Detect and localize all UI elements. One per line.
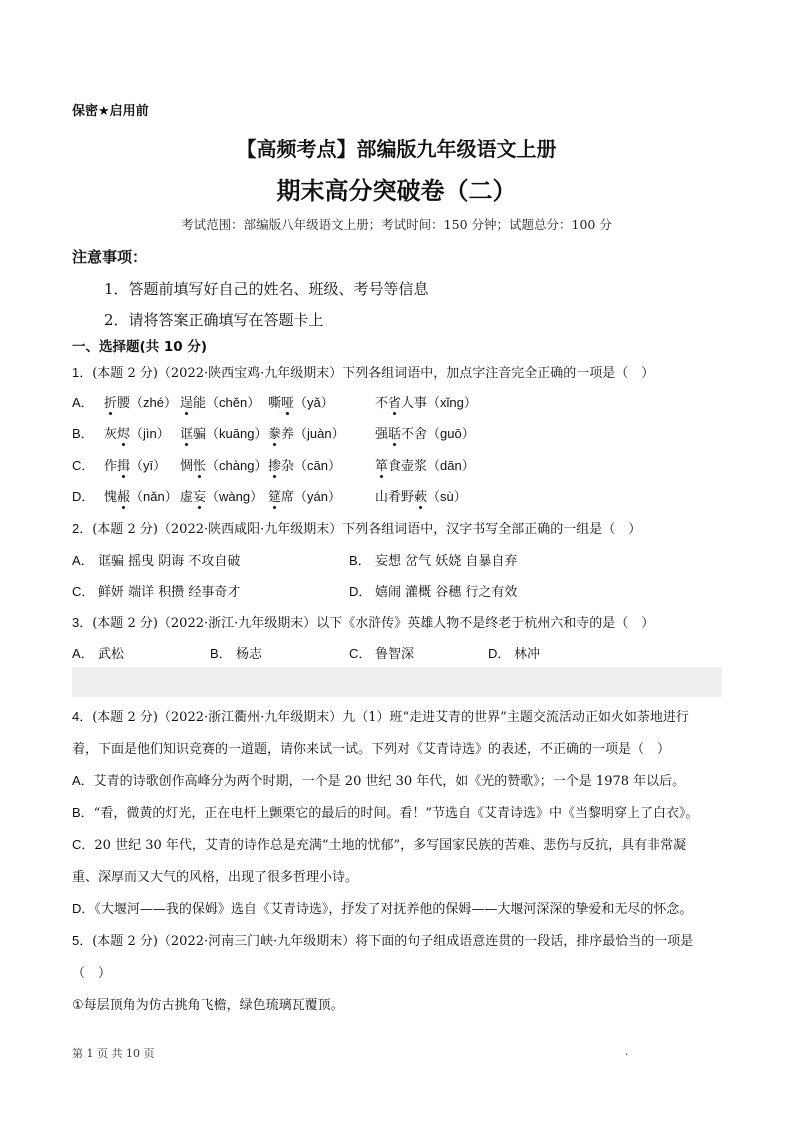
emphasized-char: 筵	[268, 490, 281, 505]
option-text: 鲜妍 端详 积攒 经事奇才	[98, 585, 240, 600]
pinyin: （wàng）	[206, 489, 263, 504]
emphasized-char: 掺	[268, 459, 281, 474]
confidential-label: 保密★启用前	[72, 100, 149, 119]
pinyin: （juàn）	[294, 426, 345, 441]
emphasized-char: 妄	[193, 490, 206, 505]
emphasized-char: 省	[388, 396, 401, 411]
sentence-1: ①每层顶角为仿古挑角飞檐，绿色琉璃瓦覆顶。	[72, 994, 344, 1013]
pinyin: （yán）	[294, 489, 341, 504]
option-text: 《大堰河——我的保姆》选自《艾青诗选》，抒发了对抚养他的保姆——大堰河深深的挚爱…	[94, 902, 692, 917]
option-c-word: 箪食壶浆（dān）	[375, 455, 475, 474]
option-label: A．	[72, 643, 98, 662]
question-number: 2．	[72, 521, 92, 536]
question-4-cont: 着，下面是他们知识竞赛的一道题，请你来试一试。下列对《艾青诗选》的表述，不正确的…	[72, 738, 670, 757]
pinyin: （guō）	[427, 426, 475, 441]
option-a-label: A．	[72, 392, 94, 411]
section-heading: 一、选择题(共 10 分)	[72, 335, 207, 355]
option-b-label: B．	[72, 423, 94, 442]
option-c-word: 掺杂（cān）	[268, 455, 341, 474]
emphasized-char: 聒	[388, 427, 401, 442]
option-b: B．杨志	[210, 643, 262, 662]
option-c: C．20 世纪 30 年代，艾青的诗作总是充满“土地的忧郁”，多写国家民族的苦难…	[72, 834, 686, 853]
question-1: 1．(本题 2 分)（2022·陕西宝鸡·九年级期末）下列各组词语中，加点字注音…	[72, 362, 654, 381]
option-a: A．诓骗 摇曳 阴诲 不攻自破	[72, 550, 240, 569]
option-d-word: 虚妄（wàng）	[180, 486, 263, 505]
emphasized-char: 诓	[180, 427, 193, 442]
word-suffix: 养	[281, 427, 294, 442]
word-suffix: 腰	[117, 396, 130, 411]
option-text: “看，微黄的灯光，正在电杆上颤栗它的最后的时间。看！”节选自《艾青诗选》中《当黎…	[94, 806, 699, 821]
question-stem: (本题 2 分)（2022·陕西咸阳·九年级期末）下列各组词语中，汉字书写全部正…	[92, 522, 641, 537]
question-number: 4．	[72, 709, 92, 724]
option-label: A．	[72, 773, 94, 788]
word-suffix: 杂	[281, 459, 294, 474]
option-label: B．	[349, 550, 375, 569]
document-title: 【高频考点】部编版九年级语文上册	[0, 133, 793, 162]
exam-meta: 考试范围：部编版八年级语文上册；考试时间：150 分钟；试题总分：100 分	[0, 215, 793, 233]
question-2: 2．(本题 2 分)（2022·陕西咸阳·九年级期末）下列各组词语中，汉字书写全…	[72, 518, 641, 537]
option-d-word: 山肴野蔌（sù）	[375, 486, 467, 505]
option-a-word: 嘶哑（yǎ）	[268, 392, 334, 411]
word-suffix: 不舍	[401, 427, 427, 442]
option-c-word: 惆怅（chàng）	[180, 455, 267, 474]
emphasized-char: 烬	[117, 427, 130, 442]
pinyin: （cān）	[294, 458, 341, 473]
option-d-word: 筵席（yán）	[268, 486, 341, 505]
option-text: 杨志	[236, 647, 262, 662]
question-4: 4．(本题 2 分)（2022·浙江衢州·九年级期末）九（1）班“走进艾青的世界…	[72, 706, 689, 725]
word-prefix: 不	[375, 396, 388, 411]
pinyin: （yī）	[130, 458, 166, 473]
question-number: 3．	[72, 615, 92, 630]
option-text: 妄想 岔气 妖娆 自暴自弃	[375, 554, 517, 569]
page-number: 第 1 页 共 10 页	[72, 1045, 154, 1061]
word-prefix: 惆	[180, 459, 193, 474]
emphasized-char: 蔌	[414, 490, 427, 505]
emphasized-char: 怅	[193, 459, 206, 474]
pinyin: （chàng）	[206, 458, 267, 473]
option-b-word: 豢养（juàn）	[268, 423, 345, 442]
pinyin: （sù）	[427, 489, 467, 504]
word-prefix: 灰	[104, 427, 117, 442]
question-stem: (本题 2 分)（2022·浙江衢州·九年级期末）九（1）班“走进艾青的世界”主…	[92, 710, 689, 725]
option-a-word: 折腰（zhé）	[104, 392, 177, 411]
question-5: 5．(本题 2 分)（2022·河南三门峡·九年级期末）将下面的句子组成语意连贯…	[72, 930, 693, 949]
question-stem: (本题 2 分)（2022·陕西宝鸡·九年级期末）下列各组词语中，加点字注音完全…	[92, 366, 654, 381]
pinyin: （jìn）	[130, 426, 170, 441]
option-label: C．	[72, 837, 94, 852]
word-prefix: 嘶	[268, 396, 281, 411]
footer-dot: .	[625, 1045, 629, 1058]
option-a-word: 不省人事（xǐng）	[375, 392, 477, 411]
option-label: B．	[72, 805, 94, 820]
option-text: 艾青的诗歌创作高峰分为两个时期，一个是 20 世纪 30 年代，如《光的赞歌》；…	[94, 774, 685, 789]
option-c-cont: 重、深厚而又大气的风格，出现了很多哲理小诗。	[72, 866, 358, 885]
option-a: A．武松	[72, 643, 124, 662]
document-subtitle: 期末高分突破卷（二）	[0, 171, 793, 206]
option-d: D．嬉闹 灌概 谷穗 行之有效	[349, 581, 517, 600]
pinyin: （dān）	[427, 458, 475, 473]
word-suffix: 席	[281, 490, 294, 505]
option-label: A．	[72, 550, 98, 569]
option-label: D．	[349, 581, 375, 600]
sentence-text: 每层顶角为仿古挑角飞檐，绿色琉璃瓦覆顶。	[84, 998, 344, 1013]
option-b: B．妄想 岔气 妖娆 自暴自弃	[349, 550, 517, 569]
pinyin: （chěn）	[206, 395, 260, 410]
emphasized-char: 箪	[375, 459, 388, 474]
notice-heading: 注意事项：	[72, 246, 147, 267]
emphasized-char: 揖	[117, 459, 130, 474]
option-text: 20 世纪 30 年代，艾青的诗作总是充满“土地的忧郁”，多写国家民族的苦难、悲…	[94, 838, 686, 853]
sentence-marker: ①	[72, 998, 84, 1013]
option-b-word: 强聒不舍（guō）	[375, 423, 475, 442]
option-a: A．艾青的诗歌创作高峰分为两个时期，一个是 20 世纪 30 年代，如《光的赞歌…	[72, 770, 685, 789]
option-a-word: 逞能（chěn）	[180, 392, 260, 411]
option-d: D．《大堰河——我的保姆》选自《艾青诗选》，抒发了对抚养他的保姆——大堰河深深的…	[72, 898, 692, 917]
word-suffix: 人事	[401, 396, 427, 411]
question-number: 5．	[72, 933, 92, 948]
question-stem: (本题 2 分)（2022·河南三门峡·九年级期末）将下面的句子组成语意连贯的一…	[92, 934, 693, 949]
question-5-cont: （ ）	[72, 962, 111, 981]
option-c-label: C．	[72, 455, 94, 474]
option-b: B．“看，微黄的灯光，正在电杆上颤栗它的最后的时间。看！”节选自《艾青诗选》中《…	[72, 802, 698, 821]
pinyin: （yǎ）	[294, 395, 334, 410]
emphasized-char: 赧	[117, 490, 130, 505]
word-prefix: 山肴野	[375, 490, 414, 505]
option-text: 诓骗 摇曳 阴诲 不攻自破	[98, 554, 240, 569]
option-text: 嬉闹 灌概 谷穗 行之有效	[375, 585, 517, 600]
option-b-word: 诓骗（kuāng）	[180, 423, 267, 442]
option-label: B．	[210, 643, 236, 662]
page-separator-bar	[72, 667, 722, 697]
question-3: 3．(本题 2 分)（2022·浙江·九年级期末）以下《水浒传》英雄人物不是终老…	[72, 612, 654, 631]
option-text: 鲁智深	[375, 647, 414, 662]
word-prefix: 虚	[180, 490, 193, 505]
emphasized-char: 哑	[281, 396, 294, 411]
option-c: C．鲁智深	[349, 643, 414, 662]
option-label: D．	[488, 643, 514, 662]
option-b-word: 灰烬（jìn）	[104, 423, 170, 442]
option-label: D．	[72, 901, 94, 916]
pinyin: （kuāng）	[206, 426, 267, 441]
word-suffix: 能	[193, 396, 206, 411]
pinyin: （zhé）	[130, 395, 177, 410]
option-d: D．林冲	[488, 643, 540, 662]
option-text: 武松	[98, 647, 124, 662]
option-c: C．鲜妍 端详 积攒 经事奇才	[72, 581, 240, 600]
option-c-word: 作揖（yī）	[104, 455, 166, 474]
question-number: 1．	[72, 365, 92, 380]
option-text: 林冲	[514, 647, 540, 662]
notice-item: 2．请将答案正确填写在答题卡上	[104, 309, 324, 330]
word-suffix: 骗	[193, 427, 206, 442]
emphasized-char: 豢	[268, 427, 281, 442]
option-label: C．	[349, 643, 375, 662]
option-d-word: 愧赧（nǎn）	[104, 486, 178, 505]
word-prefix: 愧	[104, 490, 117, 505]
option-label: C．	[72, 581, 98, 600]
word-prefix: 强	[375, 427, 388, 442]
word-suffix: 食壶浆	[388, 459, 427, 474]
pinyin: （nǎn）	[130, 489, 178, 504]
pinyin: （xǐng）	[427, 395, 477, 410]
word-prefix: 作	[104, 459, 117, 474]
emphasized-char: 折	[104, 396, 117, 411]
option-d-label: D．	[72, 486, 94, 505]
question-stem: (本题 2 分)（2022·浙江·九年级期末）以下《水浒传》英雄人物不是终老于杭…	[92, 616, 654, 631]
emphasized-char: 逞	[180, 396, 193, 411]
notice-item: 1．答题前填写好自己的姓名、班级、考号等信息	[104, 278, 429, 299]
